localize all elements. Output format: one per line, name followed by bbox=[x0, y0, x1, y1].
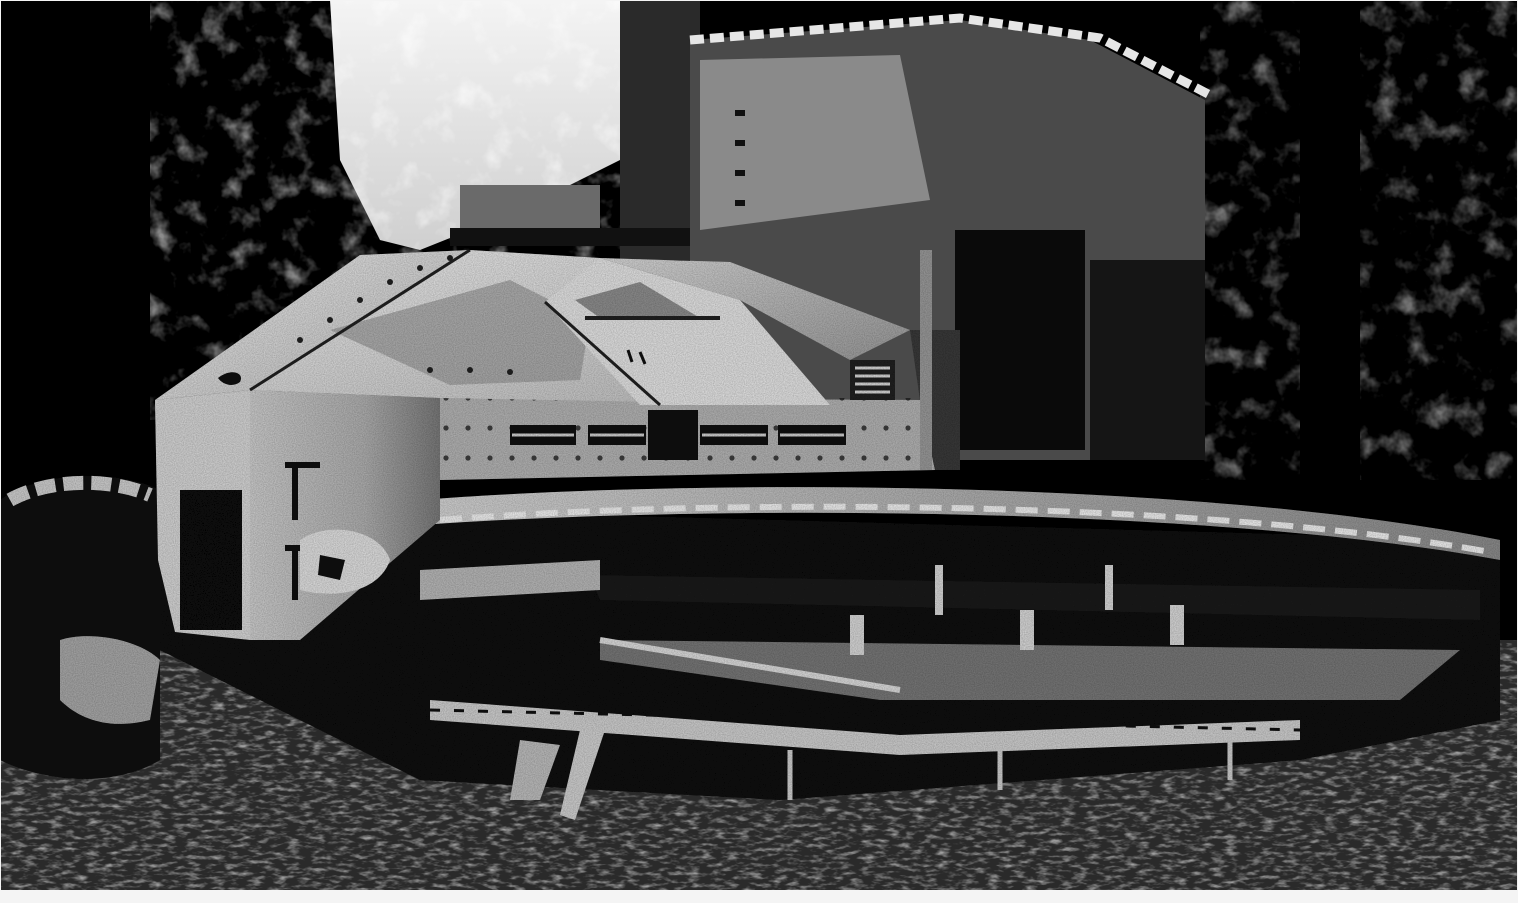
tank-photograph: Black and white photograph of an early r… bbox=[0, 0, 1518, 903]
photo-canvas bbox=[0, 0, 1518, 903]
louvre bbox=[850, 360, 895, 400]
front-hatch bbox=[180, 490, 242, 630]
rear-track-left bbox=[0, 476, 160, 779]
